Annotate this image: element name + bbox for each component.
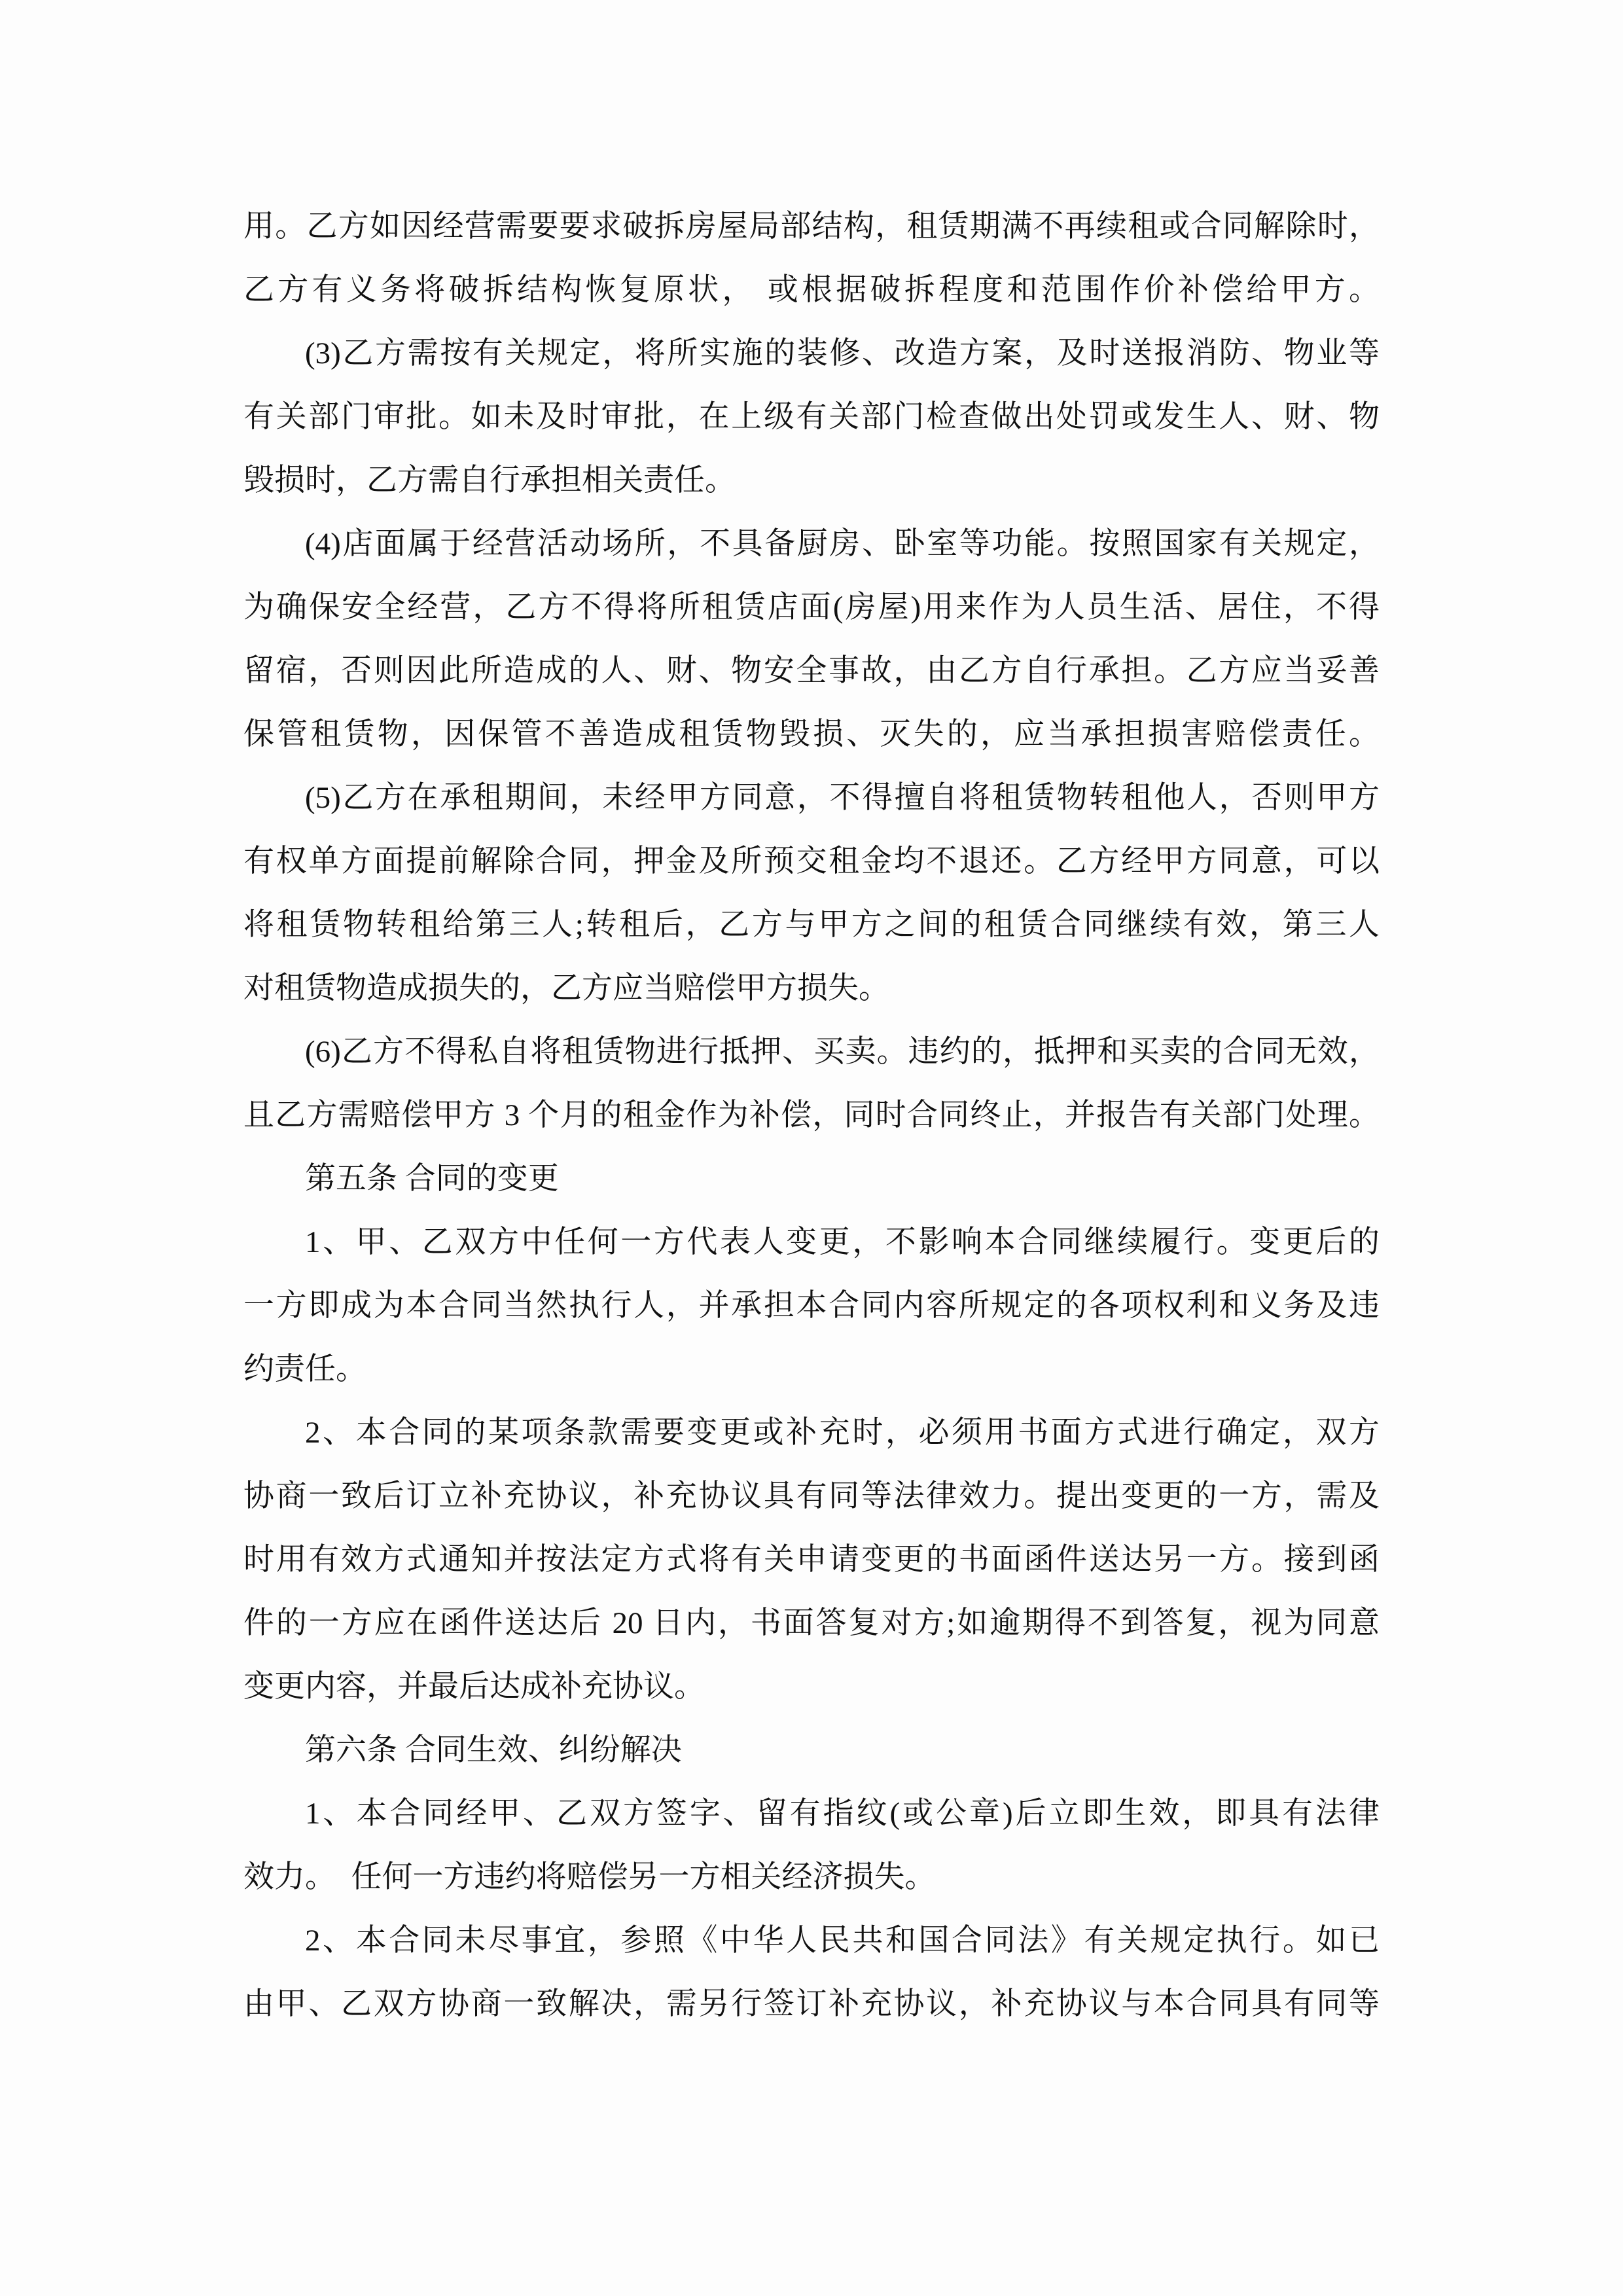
- document-page: 用。乙方如因经营需要要求破拆房屋局部结构，租赁期满不再续租或合同解除时，乙方有义…: [0, 0, 1623, 2296]
- text-line: 2、本合同未尽事宜，参照《中华人民共和国合同法》有关规定执行。如已: [243, 1909, 1380, 1973]
- text-line: 约责任。: [243, 1338, 1380, 1401]
- text-line: 有权单方面提前解除合同，押金及所预交租金均不退还。乙方经甲方同意，可以: [243, 830, 1380, 893]
- text-line: 效力。 任何一方违约将赔偿另一方相关经济损失。: [243, 1846, 1380, 1909]
- text-line: 为确保安全经营，乙方不得将所租赁店面(房屋)用来作为人员生活、居住，不得: [243, 576, 1380, 639]
- text-line: 且乙方需赔偿甲方 3 个月的租金作为补偿，同时合同终止，并报告有关部门处理。: [243, 1084, 1380, 1147]
- text-line: 2、本合同的某项条款需要变更或补充时，必须用书面方式进行确定，双方: [243, 1401, 1380, 1465]
- text-line: 由甲、乙双方协商一致解决，需另行签订补充协议，补充协议与本合同具有同等: [243, 1973, 1380, 2036]
- text-line: 第六条 合同生效、纠纷解决: [243, 1719, 1380, 1782]
- text-line: (4)店面属于经营活动场所，不具备厨房、卧室等功能。按照国家有关规定，: [243, 512, 1380, 576]
- text-line: 将租赁物转租给第三人;转租后，乙方与甲方之间的租赁合同继续有效，第三人: [243, 893, 1380, 957]
- text-line: 时用有效方式通知并按法定方式将有关申请变更的书面函件送达另一方。接到函: [243, 1528, 1380, 1592]
- text-line: 乙方有义务将破拆结构恢复原状， 或根据破拆程度和范围作价补偿给甲方。: [243, 259, 1380, 322]
- text-line: 保管租赁物，因保管不善造成租赁物毁损、灭失的，应当承担损害赔偿责任。: [243, 703, 1380, 766]
- text-line: 对租赁物造成损失的，乙方应当赔偿甲方损失。: [243, 957, 1380, 1020]
- text-line: (6)乙方不得私自将租赁物进行抵押、买卖。违约的，抵押和买卖的合同无效，: [243, 1020, 1380, 1084]
- text-line: 件的一方应在函件送达后 20 日内，书面答复对方;如逾期得不到答复，视为同意: [243, 1592, 1380, 1655]
- text-line: 毁损时，乙方需自行承担相关责任。: [243, 449, 1380, 512]
- text-line: 变更内容，并最后达成补充协议。: [243, 1655, 1380, 1719]
- text-line: (5)乙方在承租期间，未经甲方同意，不得擅自将租赁物转租他人，否则甲方: [243, 766, 1380, 830]
- text-line: 1、甲、乙双方中任何一方代表人变更，不影响本合同继续履行。变更后的: [243, 1211, 1380, 1274]
- text-line: 1、本合同经甲、乙双方签字、留有指纹(或公章)后立即生效，即具有法律: [243, 1782, 1380, 1846]
- text-line: 用。乙方如因经营需要要求破拆房屋局部结构，租赁期满不再续租或合同解除时，: [243, 195, 1380, 259]
- text-line: 有关部门审批。如未及时审批，在上级有关部门检查做出处罚或发生人、财、物: [243, 386, 1380, 449]
- text-line: 第五条 合同的变更: [243, 1147, 1380, 1211]
- text-line: 一方即成为本合同当然执行人，并承担本合同内容所规定的各项权利和义务及违: [243, 1274, 1380, 1338]
- contract-text-block: 用。乙方如因经营需要要求破拆房屋局部结构，租赁期满不再续租或合同解除时，乙方有义…: [243, 195, 1380, 2036]
- text-line: (3)乙方需按有关规定，将所实施的装修、改造方案，及时送报消防、物业等: [243, 322, 1380, 386]
- text-line: 协商一致后订立补充协议，补充协议具有同等法律效力。提出变更的一方，需及: [243, 1465, 1380, 1528]
- text-line: 留宿，否则因此所造成的人、财、物安全事故，由乙方自行承担。乙方应当妥善: [243, 639, 1380, 703]
